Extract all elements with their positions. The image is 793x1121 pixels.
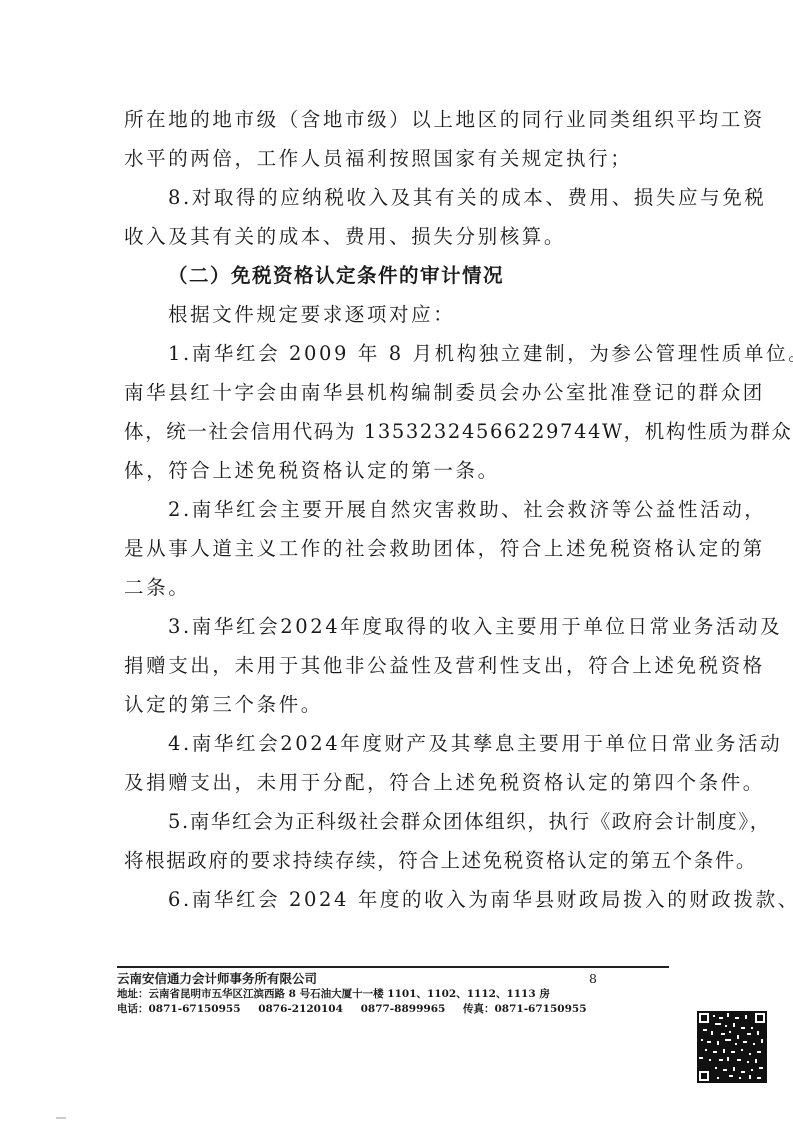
text-line: 体，符合上述免税资格认定的第一条。 (124, 451, 664, 490)
section-heading: （二）免税资格认定条件的审计情况 (124, 256, 664, 295)
firm-phones: 电话：0871-67150955 0876-2120104 0877-88999… (117, 1002, 669, 1017)
phone-2: 0876-2120104 (258, 1003, 343, 1015)
text-line: 4.南华红会2024年度财产及其孳息主要用于单位日常业务活动 (124, 724, 664, 763)
text-line: 认定的第三个条件。 (124, 685, 664, 724)
text-line: 8.对取得的应纳税收入及其有关的成本、费用、损失应与免税 (124, 178, 664, 217)
fax: 传真：0871-67150955 (463, 1003, 587, 1015)
firm-address: 地址：云南省昆明市五华区江滨西路 8 号石油大厦十一楼 1101、1102、11… (117, 987, 669, 1002)
text-line: 捐赠支出，未用于其他非公益性及营利性支出，符合上述免税资格 (124, 646, 664, 685)
text-line: 1.南华红会 2009 年 8 月机构独立建制，为参公管理性质单位。 (124, 334, 664, 373)
text-line: 将根据政府的要求持续存续，符合上述免税资格认定的第五个条件。 (124, 841, 664, 880)
phone-3: 0877-8899965 (361, 1003, 446, 1015)
body-text: 所在地的地市级（含地市级）以上地区的同行业同类组织平均工资 水平的两倍，工作人员… (124, 100, 664, 919)
page-number: 8 (589, 970, 597, 987)
text-line: 根据文件规定要求逐项对应： (124, 295, 664, 334)
text-line: 南华县红十字会由南华县机构编制委员会办公室批准登记的群众团 (124, 373, 664, 412)
document-page: 所在地的地市级（含地市级）以上地区的同行业同类组织平均工资 水平的两倍，工作人员… (0, 0, 793, 1121)
page-footer: 云南安信通力会计师事务所有限公司 8 地址：云南省昆明市五华区江滨西路 8 号石… (117, 970, 669, 1017)
text-line: 收入及其有关的成本、费用、损失分别核算。 (124, 217, 664, 256)
text-line: 所在地的地市级（含地市级）以上地区的同行业同类组织平均工资 (124, 100, 664, 139)
text-line: 体，统一社会信用代码为 13532324566229744W，机构性质为群众团 (124, 412, 664, 451)
text-line: 及捐赠支出，未用于分配，符合上述免税资格认定的第四个条件。 (124, 763, 664, 802)
text-line: 是从事人道主义工作的社会救助团体，符合上述免税资格认定的第 (124, 529, 664, 568)
text-line: 5.南华红会为正科级社会群众团体组织，执行《政府会计制度》， (124, 802, 664, 841)
qr-code-icon (697, 1011, 767, 1083)
firm-name: 云南安信通力会计师事务所有限公司 (117, 970, 669, 987)
footer-divider (117, 966, 669, 968)
text-line: 二条。 (124, 568, 664, 607)
scan-artifact (56, 1117, 66, 1119)
text-line: 3.南华红会2024年度取得的收入主要用于单位日常业务活动及 (124, 607, 664, 646)
text-line: 水平的两倍，工作人员福利按照国家有关规定执行； (124, 139, 664, 178)
text-line: 2.南华红会主要开展自然灾害救助、社会救济等公益性活动， (124, 490, 664, 529)
phone-1: 电话：0871-67150955 (117, 1003, 241, 1015)
text-line: 6.南华红会 2024 年度的收入为南华县财政局拨入的财政拨款、 (124, 880, 664, 919)
